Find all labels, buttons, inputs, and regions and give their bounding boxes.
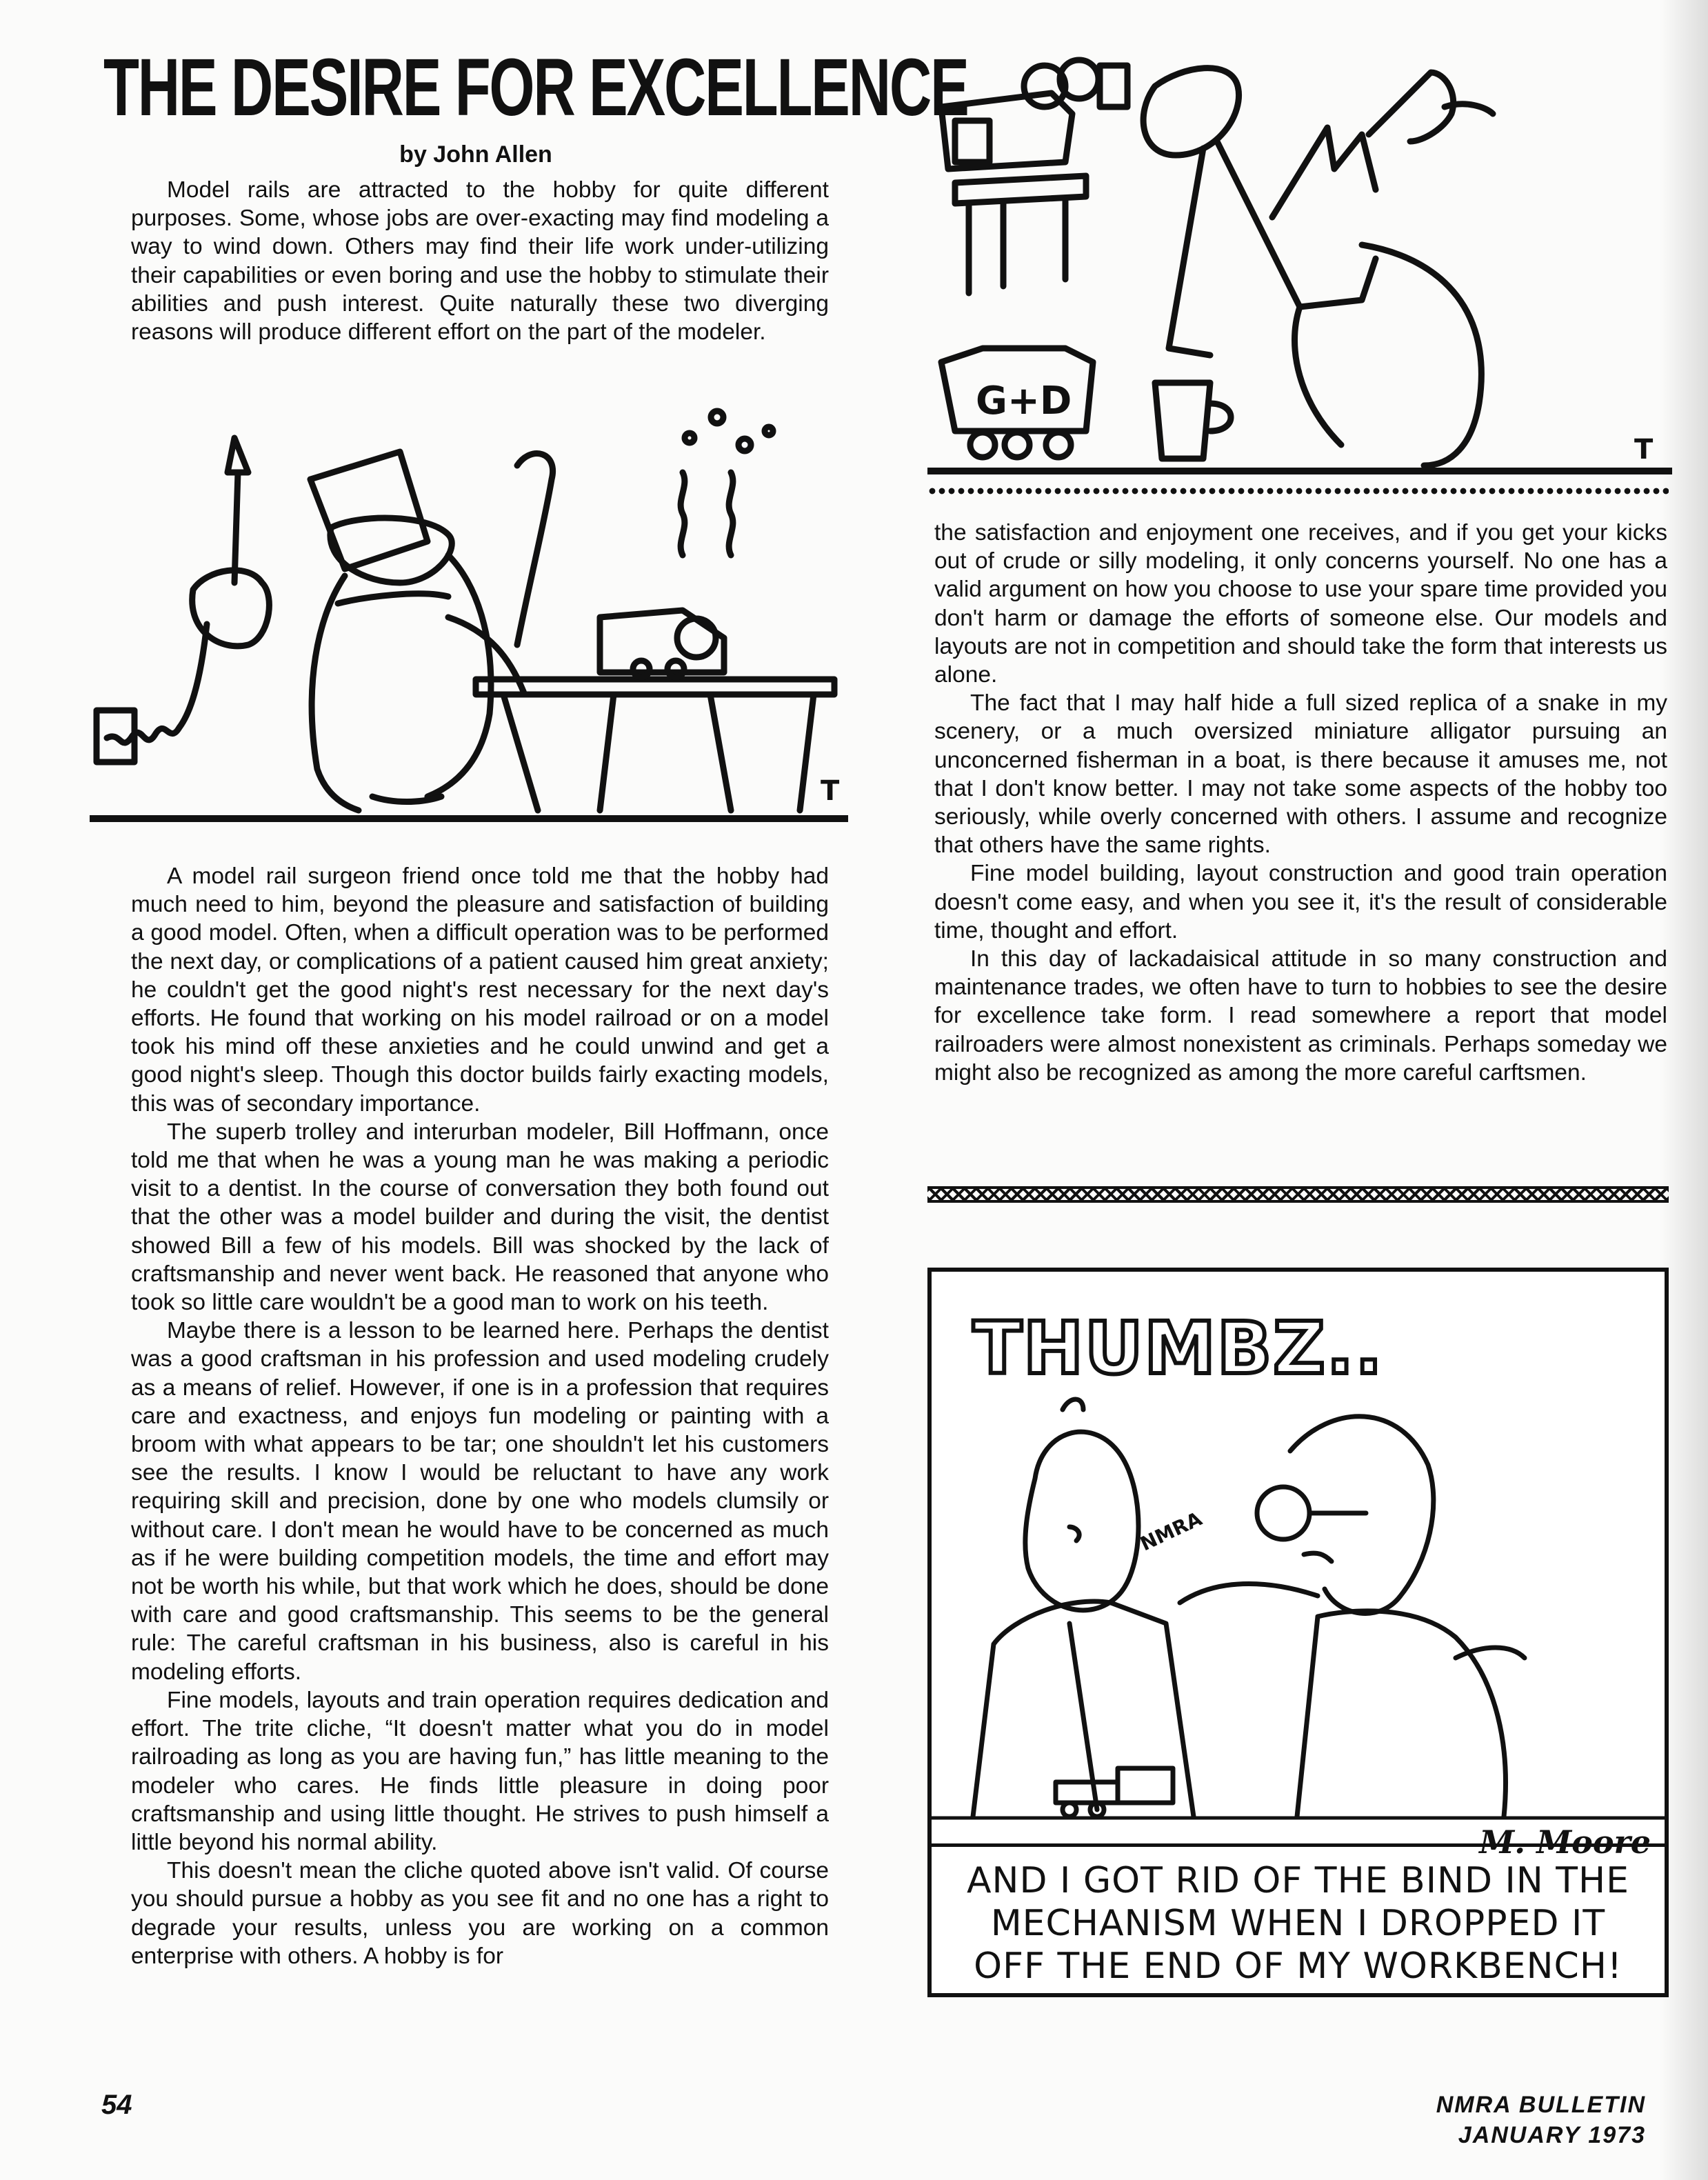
paragraph: A model rail surgeon friend once told me… — [131, 862, 829, 1118]
paragraph: Fine model building, layout construction… — [934, 859, 1667, 945]
right-column: the satisfaction and enjoyment one recei… — [934, 519, 1667, 1087]
surgeon-illustration: T — [90, 397, 848, 824]
artist-mark: T — [821, 775, 840, 807]
byline: by John Allen — [124, 141, 827, 168]
paragraph: In this day of lackadaisical attitude in… — [934, 945, 1667, 1087]
paragraph: the satisfaction and enjoyment one recei… — [934, 519, 1667, 689]
car-label: G+D — [976, 379, 1072, 423]
publication-info: NMRA BULLETIN JANUARY 1973 — [1436, 2090, 1646, 2150]
cartoon-characters-drawing — [932, 1396, 1665, 1823]
cartoon-caption: AND I GOT RID OF THE BIND IN THE MECHANI… — [952, 1859, 1644, 1988]
publication-name: NMRA BULLETIN — [1436, 2090, 1646, 2120]
article-title: THE DESIRE FOR EXCELLENCE — [103, 43, 833, 132]
modeler-trash-illustration: G+D T — [927, 38, 1672, 486]
artist-mark: T — [1634, 434, 1654, 466]
left-column: A model rail surgeon friend once told me… — [131, 862, 829, 1970]
intro-paragraph: Model rails are attracted to the hobby f… — [131, 176, 829, 346]
paragraph: Maybe there is a lesson to be learned he… — [131, 1317, 829, 1686]
thumbz-cartoon: THUMBZ.. NMRA M. Mo — [927, 1268, 1669, 1997]
paragraph: This doesn't mean the cliche quoted abov… — [131, 1857, 829, 1970]
caption-panel: AND I GOT RID OF THE BIND IN THE MECHANI… — [932, 1843, 1665, 1993]
zigzag-divider — [927, 1186, 1669, 1203]
page-number: 54 — [101, 2090, 132, 2121]
paragraph: The fact that I may half hide a full siz… — [934, 689, 1667, 859]
dotted-divider — [927, 487, 1669, 495]
paragraph: Model rails are attracted to the hobby f… — [131, 176, 829, 346]
paragraph: Fine models, layouts and train operation… — [131, 1686, 829, 1857]
paragraph: The superb trolley and interurban modele… — [131, 1118, 829, 1317]
issue-date: JANUARY 1973 — [1436, 2120, 1646, 2150]
cartoon-title: THUMBZ.. — [973, 1306, 1384, 1390]
